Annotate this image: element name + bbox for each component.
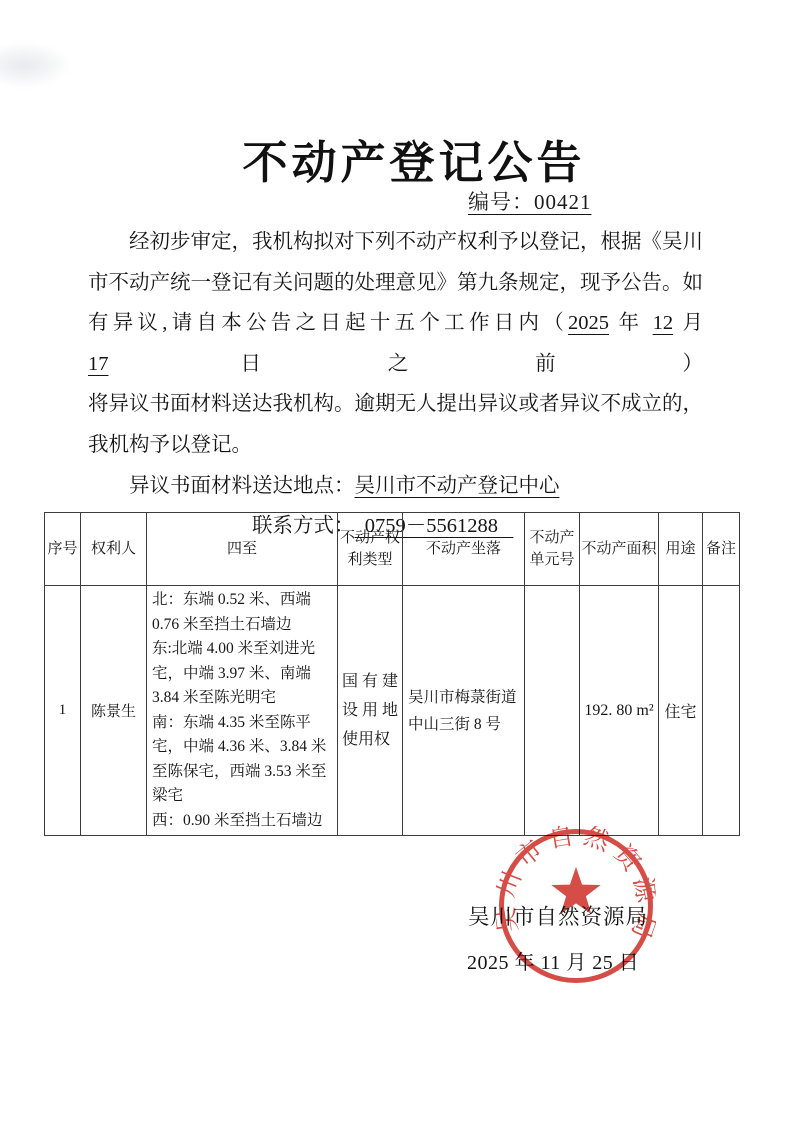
page-title: 不动产登记公告: [0, 126, 790, 191]
notice-line: 我机构予以登记。: [88, 425, 703, 466]
delivery-line: 异议书面材料送达地点：吴川市不动产登记中心: [88, 466, 703, 507]
cell-usage: 住宅: [659, 586, 703, 836]
sizhi-east: 东:北端 4.00 米至刘进光宅，中端 3.97 米、南端 3.84 米至陈光明…: [152, 637, 332, 711]
cell-remark: [703, 586, 740, 836]
header-holder: 权利人: [81, 513, 147, 586]
star-icon: [551, 867, 600, 914]
sizhi-north: 北：东端 0.52 米、西端 0.76 米至挡土石墙边: [152, 588, 332, 637]
cell-unit-no: [525, 586, 580, 836]
sizhi-west: 西：0.90 米至挡土石墙边: [152, 809, 332, 834]
cell-area: 192. 80 m²: [580, 586, 659, 836]
table-row: 1 陈景生 北：东端 0.52 米、西端 0.76 米至挡土石墙边 东:北端 4…: [45, 586, 740, 836]
official-seal: 吴川市自然资源局: [496, 826, 656, 986]
header-sizhi: 四至: [147, 513, 338, 586]
notice-line: 将异议书面材料送达我机构。逾期无人提出异议或者异议不成立的，: [88, 384, 703, 425]
registration-table: 序号 权利人 四至 不动产权利类型 不动产坐落 不动产单元号 不动产面积 用途 …: [44, 512, 740, 836]
notice-line: 市不动产统一登记有关问题的处理意见》第九条规定，现予公告。如: [88, 263, 703, 304]
scan-smudge: [0, 42, 72, 88]
cell-right-type: 国有建设用地使用权: [338, 586, 403, 836]
cell-sizhi: 北：东端 0.52 米、西端 0.76 米至挡土石墙边 东:北端 4.00 米至…: [147, 586, 338, 836]
document-page: 不动产登记公告 编号：00421 经初步审定，我机构拟对下列不动产权利予以登记，…: [0, 0, 790, 1127]
header-remark: 备注: [703, 513, 740, 586]
header-right-type: 不动产权利类型: [338, 513, 403, 586]
header-location: 不动产坐落: [403, 513, 525, 586]
notice-line: 有异议,请自本公告之日起十五个工作日内（2025 年 12 月 17 日之前）: [88, 303, 703, 384]
header-usage: 用途: [659, 513, 703, 586]
cell-index: 1: [45, 586, 81, 836]
table-header-row: 序号 权利人 四至 不动产权利类型 不动产坐落 不动产单元号 不动产面积 用途 …: [45, 513, 740, 586]
header-unit-no: 不动产单元号: [525, 513, 580, 586]
sizhi-south: 南：东端 4.35 米至陈平宅，中端 4.36 米、3.84 米至陈保宅，西端 …: [152, 711, 332, 809]
cell-location: 吴川市梅菉街道中山三街 8 号: [403, 586, 525, 836]
notice-line: 经初步审定，我机构拟对下列不动产权利予以登记，根据《吴川: [88, 222, 703, 263]
header-index: 序号: [45, 513, 81, 586]
notice-paragraph: 经初步审定，我机构拟对下列不动产权利予以登记，根据《吴川 市不动产统一登记有关问…: [88, 222, 703, 547]
cell-holder: 陈景生: [81, 586, 147, 836]
header-area: 不动产面积: [580, 513, 659, 586]
doc-number: 编号：00421: [468, 186, 592, 216]
